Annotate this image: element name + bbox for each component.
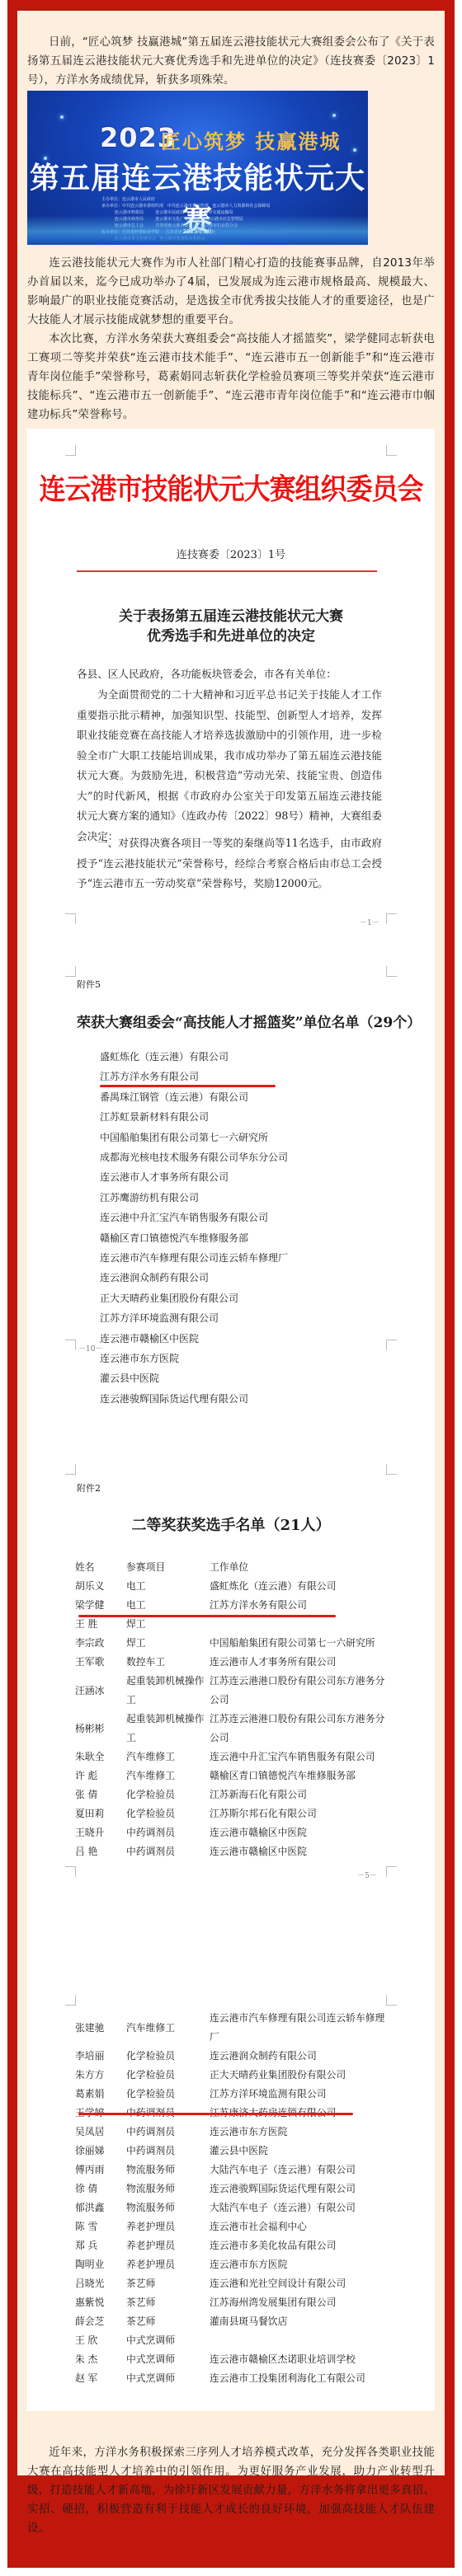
- winners-table: 姓名 参赛项目 工作单位 胡乐义电工盛虹炼化（连云港）有限公司梁学健电工江苏方洋…: [75, 1558, 387, 1861]
- cell-unit: 灌南县斑马餐饮店: [210, 2312, 387, 2331]
- closing-paragraph: 近年来，方洋水务积极探索三序列人才培养模式改革，充分发挥各类职业技能大赛在高技能…: [27, 2443, 435, 2538]
- cell-name: 葛素娟: [75, 2085, 126, 2104]
- table-row: 朱方方化学检验员正大天晴药业集团股份有限公司: [75, 2066, 387, 2085]
- cell-event: 中药调剂员: [126, 2142, 210, 2161]
- table-row: 李宗政焊工中国船舶集团有限公司第七一六研究所: [75, 1634, 387, 1653]
- cell-event: 物流服务师: [126, 2161, 210, 2180]
- table-row: 陈 雪养老护理员连云港市社会福利中心: [75, 2217, 387, 2236]
- cell-event: 电工: [126, 1596, 210, 1615]
- page-corner-mark: [386, 1464, 397, 1475]
- cell-name: 郑 兵: [75, 2236, 126, 2255]
- cell-name: 张建驰: [75, 2009, 126, 2047]
- unit-list-item: 连云港中升汇宝汽车销售服务有限公司: [100, 1208, 268, 1227]
- document-red-header: 连云港市技能状元大赛组织委员会: [27, 467, 435, 509]
- cell-event: 汽车维修工: [126, 1767, 210, 1785]
- cell-event: 焊工: [126, 1634, 210, 1653]
- table-row: 汪涵冰起重装卸机械操作工江苏连云港港口股份有限公司东方港务分公司: [75, 1672, 387, 1710]
- cell-event: 电工: [126, 1577, 210, 1596]
- cell-unit: 连云港市东方医院: [210, 2123, 387, 2142]
- cell-event: 化学检验员: [126, 1804, 210, 1823]
- table-row: 张 倩化学检验员江苏新海石化有限公司: [75, 1785, 387, 1804]
- awards-paragraph: 本次比赛，方洋水务荣获大赛组委会“高技能人才摇篮奖”，梁学健同志斩获电工赛项二等…: [27, 330, 435, 425]
- cell-name: 汪涵冰: [75, 1672, 126, 1710]
- table-row: 吕晓光茶艺师连云港和光社空间设计有限公司: [75, 2274, 387, 2293]
- cell-unit: 江苏新海石化有限公司: [210, 1785, 387, 1804]
- cell-name: 惠紫悦: [75, 2293, 126, 2312]
- cell-name: 薛会芝: [75, 2312, 126, 2331]
- cell-event: 物流服务师: [126, 2180, 210, 2198]
- cell-name: 吕 艳: [75, 1842, 126, 1861]
- cell-event: 中式烹调师: [126, 2331, 210, 2350]
- page-corner-mark: [65, 966, 76, 977]
- cell-event: 茶艺师: [126, 2293, 210, 2312]
- cell-name: 王晓升: [75, 1823, 126, 1842]
- table-row: 郁洪鑫物流服务师大陆汽车电子（连云港）有限公司: [75, 2198, 387, 2217]
- page-corner-mark: [386, 1866, 397, 1877]
- attachment-5-label: 附件5: [77, 978, 101, 991]
- cell-unit: 正大天晴药业集团股份有限公司: [210, 2066, 387, 2085]
- page-corner-mark: [65, 1866, 76, 1877]
- unit-list-item: 成都海光核电技术服务有限公司华东分公司: [100, 1147, 288, 1167]
- cell-name: 陈 雪: [75, 2217, 126, 2236]
- banner-date: 2023年3月: [27, 228, 368, 236]
- highlight-underline: [100, 1085, 276, 1087]
- page-corner-mark: [65, 1340, 76, 1350]
- cell-name: 李培丽: [75, 2047, 126, 2066]
- cell-name: 郁洪鑫: [75, 2198, 126, 2217]
- cell-unit: 赣榆区青口镇德悦汽车维修服务部: [210, 1767, 387, 1785]
- cell-unit: 连云港市赣榆区中医院: [210, 1823, 387, 1842]
- table-row: 王 胜焊工: [75, 1615, 387, 1634]
- cell-name: 王军歌: [75, 1653, 126, 1672]
- red-divider: [77, 570, 377, 572]
- cell-event: 中式烹调师: [126, 2350, 210, 2369]
- cell-name: 夏田莉: [75, 1804, 126, 1823]
- cell-unit: 连云港市多美化妆品有限公司: [210, 2236, 387, 2255]
- cell-unit: 连云港市赣榆区中医院: [210, 1842, 387, 1861]
- cell-event: 中药调剂员: [126, 1823, 210, 1842]
- document-body-2: 一、对获得决赛各项目一等奖的秦继尚等11名选手，由市政府授予“连云港技能状元”荣…: [77, 833, 382, 894]
- cell-unit: 江苏连云港港口股份有限公司东方港务分公司: [210, 1672, 387, 1710]
- table-row: 李培丽化学检验员连云港润众制药有限公司: [75, 2047, 387, 2066]
- table-row: 王 欣中式烹调师: [75, 2331, 387, 2350]
- table-row: 陶明业养老护理员连云港市东方医院: [75, 2255, 387, 2274]
- cell-name: 徐丽娣: [75, 2142, 126, 2161]
- page-corner-mark: [386, 1995, 397, 2006]
- table-row: 郑 兵养老护理员连云港市多美化妆品有限公司: [75, 2236, 387, 2255]
- cell-name: 傅丙雨: [75, 2161, 126, 2180]
- unit-list-item: 连云港市汽车修理有限公司连云轿车修理厂: [100, 1248, 288, 1268]
- table-row: 胡乐义电工盛虹炼化（连云港）有限公司: [75, 1577, 387, 1596]
- page-number: －1－: [360, 917, 379, 927]
- cell-name: 朱耿全: [75, 1748, 126, 1767]
- cell-event: 数控车工: [126, 1653, 210, 1672]
- page-corner-mark: [386, 1340, 397, 1350]
- cell-unit: [210, 2331, 387, 2350]
- table-row: 杨彬彬起重装卸机械操作工江苏连云港港口股份有限公司东方港务分公司: [75, 1710, 387, 1748]
- winners-table-continued: 张建驰汽车维修工连云港市汽车修理有限公司连云轿车修理厂李培丽化学检验员连云港润众…: [75, 2009, 387, 2388]
- unit-list-item: 江苏方洋环境监测有限公司: [100, 1308, 219, 1328]
- cell-event: 茶艺师: [126, 2274, 210, 2293]
- table-row: 赵 军中式烹调师连云港市工投集团利海化工有限公司: [75, 2369, 387, 2388]
- cell-event: 化学检验员: [126, 2085, 210, 2104]
- page-number: －10－: [78, 1343, 102, 1354]
- cell-unit: 江苏连云港港口股份有限公司东方港务分公司: [210, 1710, 387, 1748]
- cell-name: 吴凤居: [75, 2123, 126, 2142]
- table-row: 朱耿全汽车维修工连云港中升汇宝汽车销售服务有限公司: [75, 1748, 387, 1767]
- page-corner-mark: [65, 1995, 76, 2006]
- cell-unit: 中国船舶集团有限公司第七一六研究所: [210, 1634, 387, 1653]
- cell-name: 徐 倩: [75, 2180, 126, 2198]
- cell-unit: 连云港市汽车修理有限公司连云轿车修理厂: [210, 2009, 387, 2047]
- unit-list-item: 中国船舶集团有限公司第七一六研究所: [100, 1128, 268, 1147]
- intro-paragraph: 日前，“匠心筑梦 技赢港城”第五届连云港技能状元大赛组委会公布了《关于表扬第五届…: [27, 33, 435, 90]
- unit-list-item: 连云港市赣榆区中医院: [100, 1329, 199, 1349]
- cell-event: 中式烹调师: [126, 2369, 210, 2388]
- cell-name: 吕晓光: [75, 2274, 126, 2293]
- page-corner-mark: [386, 966, 397, 977]
- table-row: 吕 艳中药调剂员连云港市赣榆区中医院: [75, 1842, 387, 1861]
- cell-event: 汽车维修工: [126, 1748, 210, 1767]
- unit-list-item: 番禺珠江钢管（连云港）有限公司: [100, 1087, 248, 1107]
- document-body-1: 为全面贯彻党的二十大精神和习近平总书记关于技能人才工作重要指示批示精神，加强知识…: [77, 685, 382, 847]
- cell-event: 汽车维修工: [126, 2009, 210, 2047]
- table-row: 朱 杰中式烹调师连云港市赣榆区杰诺职业培训学校: [75, 2350, 387, 2369]
- header-unit: 工作单位: [210, 1558, 387, 1577]
- background-paragraph: 连云港技能状元大赛作为市人社部门精心打造的技能赛事品牌，自2013年举办首届以来…: [27, 254, 435, 330]
- cell-name: 胡乐义: [75, 1577, 126, 1596]
- cell-name: 李宗政: [75, 1634, 126, 1653]
- cell-event: 中药调剂员: [126, 1842, 210, 1861]
- unit-list-item: 连云港骏辉国际货运代理有限公司: [100, 1389, 248, 1409]
- cell-name: 许 彪: [75, 1767, 126, 1785]
- cell-unit: 连云港市人才事务所有限公司: [210, 1653, 387, 1672]
- cell-unit: 江苏方洋水务有限公司: [210, 1596, 387, 1615]
- cell-event: 物流服务师: [126, 2198, 210, 2217]
- highlight-underline: [78, 2113, 353, 2115]
- page-number: －5－: [357, 1870, 377, 1880]
- header-event: 参赛项目: [126, 1558, 210, 1577]
- document-addressee: 各县、区人民政府，各功能板块管委会，市各有关单位：: [77, 664, 382, 685]
- unit-list-item: 连云港市东方医院: [100, 1349, 179, 1368]
- cell-unit: 灌云县中医院: [210, 2142, 387, 2161]
- banner-slogan: 匠心筑梦 技赢港城: [161, 125, 341, 154]
- cell-name: 梁学健: [75, 1596, 126, 1615]
- table-row: 徐丽娣中药调剂员灌云县中医院: [75, 2142, 387, 2161]
- cell-unit: 连云港市社会福利中心: [210, 2217, 387, 2236]
- unit-list-item: 江苏鹰游纺机有限公司: [100, 1188, 199, 1208]
- table-row: 徐 倩物流服务师连云港骏辉国际货运代理有限公司: [75, 2180, 387, 2198]
- cell-event: 养老护理员: [126, 2255, 210, 2274]
- unit-list-item: 赣榆区青口镇德悦汽车维修服务部: [100, 1228, 248, 1248]
- winners-table-title: 二等奖获奖选手名单（21人）: [27, 1513, 435, 1535]
- cell-unit: 江苏海州湾发展集团有限公司: [210, 2293, 387, 2312]
- cell-unit: 连云港润众制药有限公司: [210, 2047, 387, 2066]
- cell-unit: 江苏方洋环境监测有限公司: [210, 2085, 387, 2104]
- page-corner-mark: [65, 1464, 76, 1475]
- cell-unit: [210, 1615, 387, 1634]
- cell-event: 中药调剂员: [126, 2123, 210, 2142]
- table-row: 张建驰汽车维修工连云港市汽车修理有限公司连云轿车修理厂: [75, 2009, 387, 2047]
- cell-unit: 连云港市赣榆区杰诺职业培训学校: [210, 2350, 387, 2369]
- cell-name: 朱 杰: [75, 2350, 126, 2369]
- cell-unit: 连云港和光社空间设计有限公司: [210, 2274, 387, 2293]
- cell-unit: 连云港市东方医院: [210, 2255, 387, 2274]
- table-row: 葛素娟化学检验员江苏方洋环境监测有限公司: [75, 2085, 387, 2104]
- cell-unit: 连云港骏辉国际货运代理有限公司: [210, 2180, 387, 2198]
- document-title-line1: 关于表扬第五届连云港技能状元大赛: [27, 607, 435, 626]
- table-header-row: 姓名 参赛项目 工作单位: [75, 1558, 387, 1577]
- table-row: 吴凤居中药调剂员连云港市东方医院: [75, 2123, 387, 2142]
- cell-name: 陶明业: [75, 2255, 126, 2274]
- cell-event: 化学检验员: [126, 2066, 210, 2085]
- unit-list-item: 江苏虹景新材料有限公司: [100, 1107, 209, 1127]
- table-row: 傅丙雨物流服务师大陆汽车电子（连云港）有限公司: [75, 2161, 387, 2180]
- table-row: 许 彪汽车维修工赣榆区青口镇德悦汽车维修服务部: [75, 1767, 387, 1785]
- header-name: 姓名: [75, 1558, 126, 1577]
- table-row: 夏田莉化学检验员江苏斯尔邦石化有限公司: [75, 1804, 387, 1823]
- table-row: 王军歌数控车工连云港市人才事务所有限公司: [75, 1653, 387, 1672]
- cell-unit: 大陆汽车电子（连云港）有限公司: [210, 2198, 387, 2217]
- document-number: 连技赛委〔2023〕1号: [27, 546, 435, 561]
- unit-list-item: 盛虹炼化（连云港）有限公司: [100, 1047, 229, 1067]
- cell-event: 养老护理员: [126, 2236, 210, 2255]
- page-corner-mark: [65, 445, 76, 456]
- document-scan: 连云港市技能状元大赛组织委员会 连技赛委〔2023〕1号 关于表扬第五届连云港技…: [27, 429, 435, 2411]
- page-corner-mark: [386, 913, 397, 924]
- page-corner-mark: [386, 445, 397, 456]
- cell-unit: 连云港市工投集团利海化工有限公司: [210, 2369, 387, 2388]
- cell-event: 焊工: [126, 1615, 210, 1634]
- cell-name: 张 倩: [75, 1785, 126, 1804]
- unit-list-title: 荣获大赛组委会“高技能人才摇篮奖”单位名单（29个）: [77, 1011, 421, 1031]
- table-row: 梁学健电工江苏方洋水务有限公司: [75, 1596, 387, 1615]
- cell-event: 茶艺师: [126, 2312, 210, 2331]
- cell-unit: 大陆汽车电子（连云港）有限公司: [210, 2161, 387, 2180]
- unit-list-item: 连云港市人才事务所有限公司: [100, 1167, 229, 1187]
- cell-unit: 连云港中升汇宝汽车销售服务有限公司: [210, 1748, 387, 1767]
- cell-name: 杨彬彬: [75, 1710, 126, 1748]
- cell-event: 养老护理员: [126, 2217, 210, 2236]
- table-row: 薛会芝茶艺师灌南县斑马餐饮店: [75, 2312, 387, 2331]
- cell-name: 王 胜: [75, 1615, 126, 1634]
- table-row: 惠紫悦茶艺师江苏海州湾发展集团有限公司: [75, 2293, 387, 2312]
- highlight-underline: [78, 1615, 336, 1617]
- attachment-2-label: 附件2: [77, 1481, 101, 1494]
- cell-name: 王 欣: [75, 2331, 126, 2350]
- event-banner-image: 2023 匠心筑梦 技赢港城 第五届连云港技能状元大赛 主办单位：连云港市人民政…: [27, 91, 368, 245]
- cell-event: 起重装卸机械操作工: [126, 1672, 210, 1710]
- unit-list-item: 连云港润众制药有限公司: [100, 1268, 209, 1288]
- unit-list-item: 灌云县中医院: [100, 1368, 159, 1388]
- cell-unit: 盛虹炼化（连云港）有限公司: [210, 1577, 387, 1596]
- unit-list-item: 正大天晴药业集团股份有限公司: [100, 1288, 238, 1308]
- page-corner-mark: [65, 913, 76, 924]
- cell-unit: 江苏斯尔邦石化有限公司: [210, 1804, 387, 1823]
- cell-name: 朱方方: [75, 2066, 126, 2085]
- cell-event: 起重装卸机械操作工: [126, 1710, 210, 1748]
- document-title-line2: 优秀选手和先进单位的决定: [27, 626, 435, 646]
- cell-event: 化学检验员: [126, 1785, 210, 1804]
- cell-event: 化学检验员: [126, 2047, 210, 2066]
- table-row: 王晓升中药调剂员连云港市赣榆区中医院: [75, 1823, 387, 1842]
- cell-name: 赵 军: [75, 2369, 126, 2388]
